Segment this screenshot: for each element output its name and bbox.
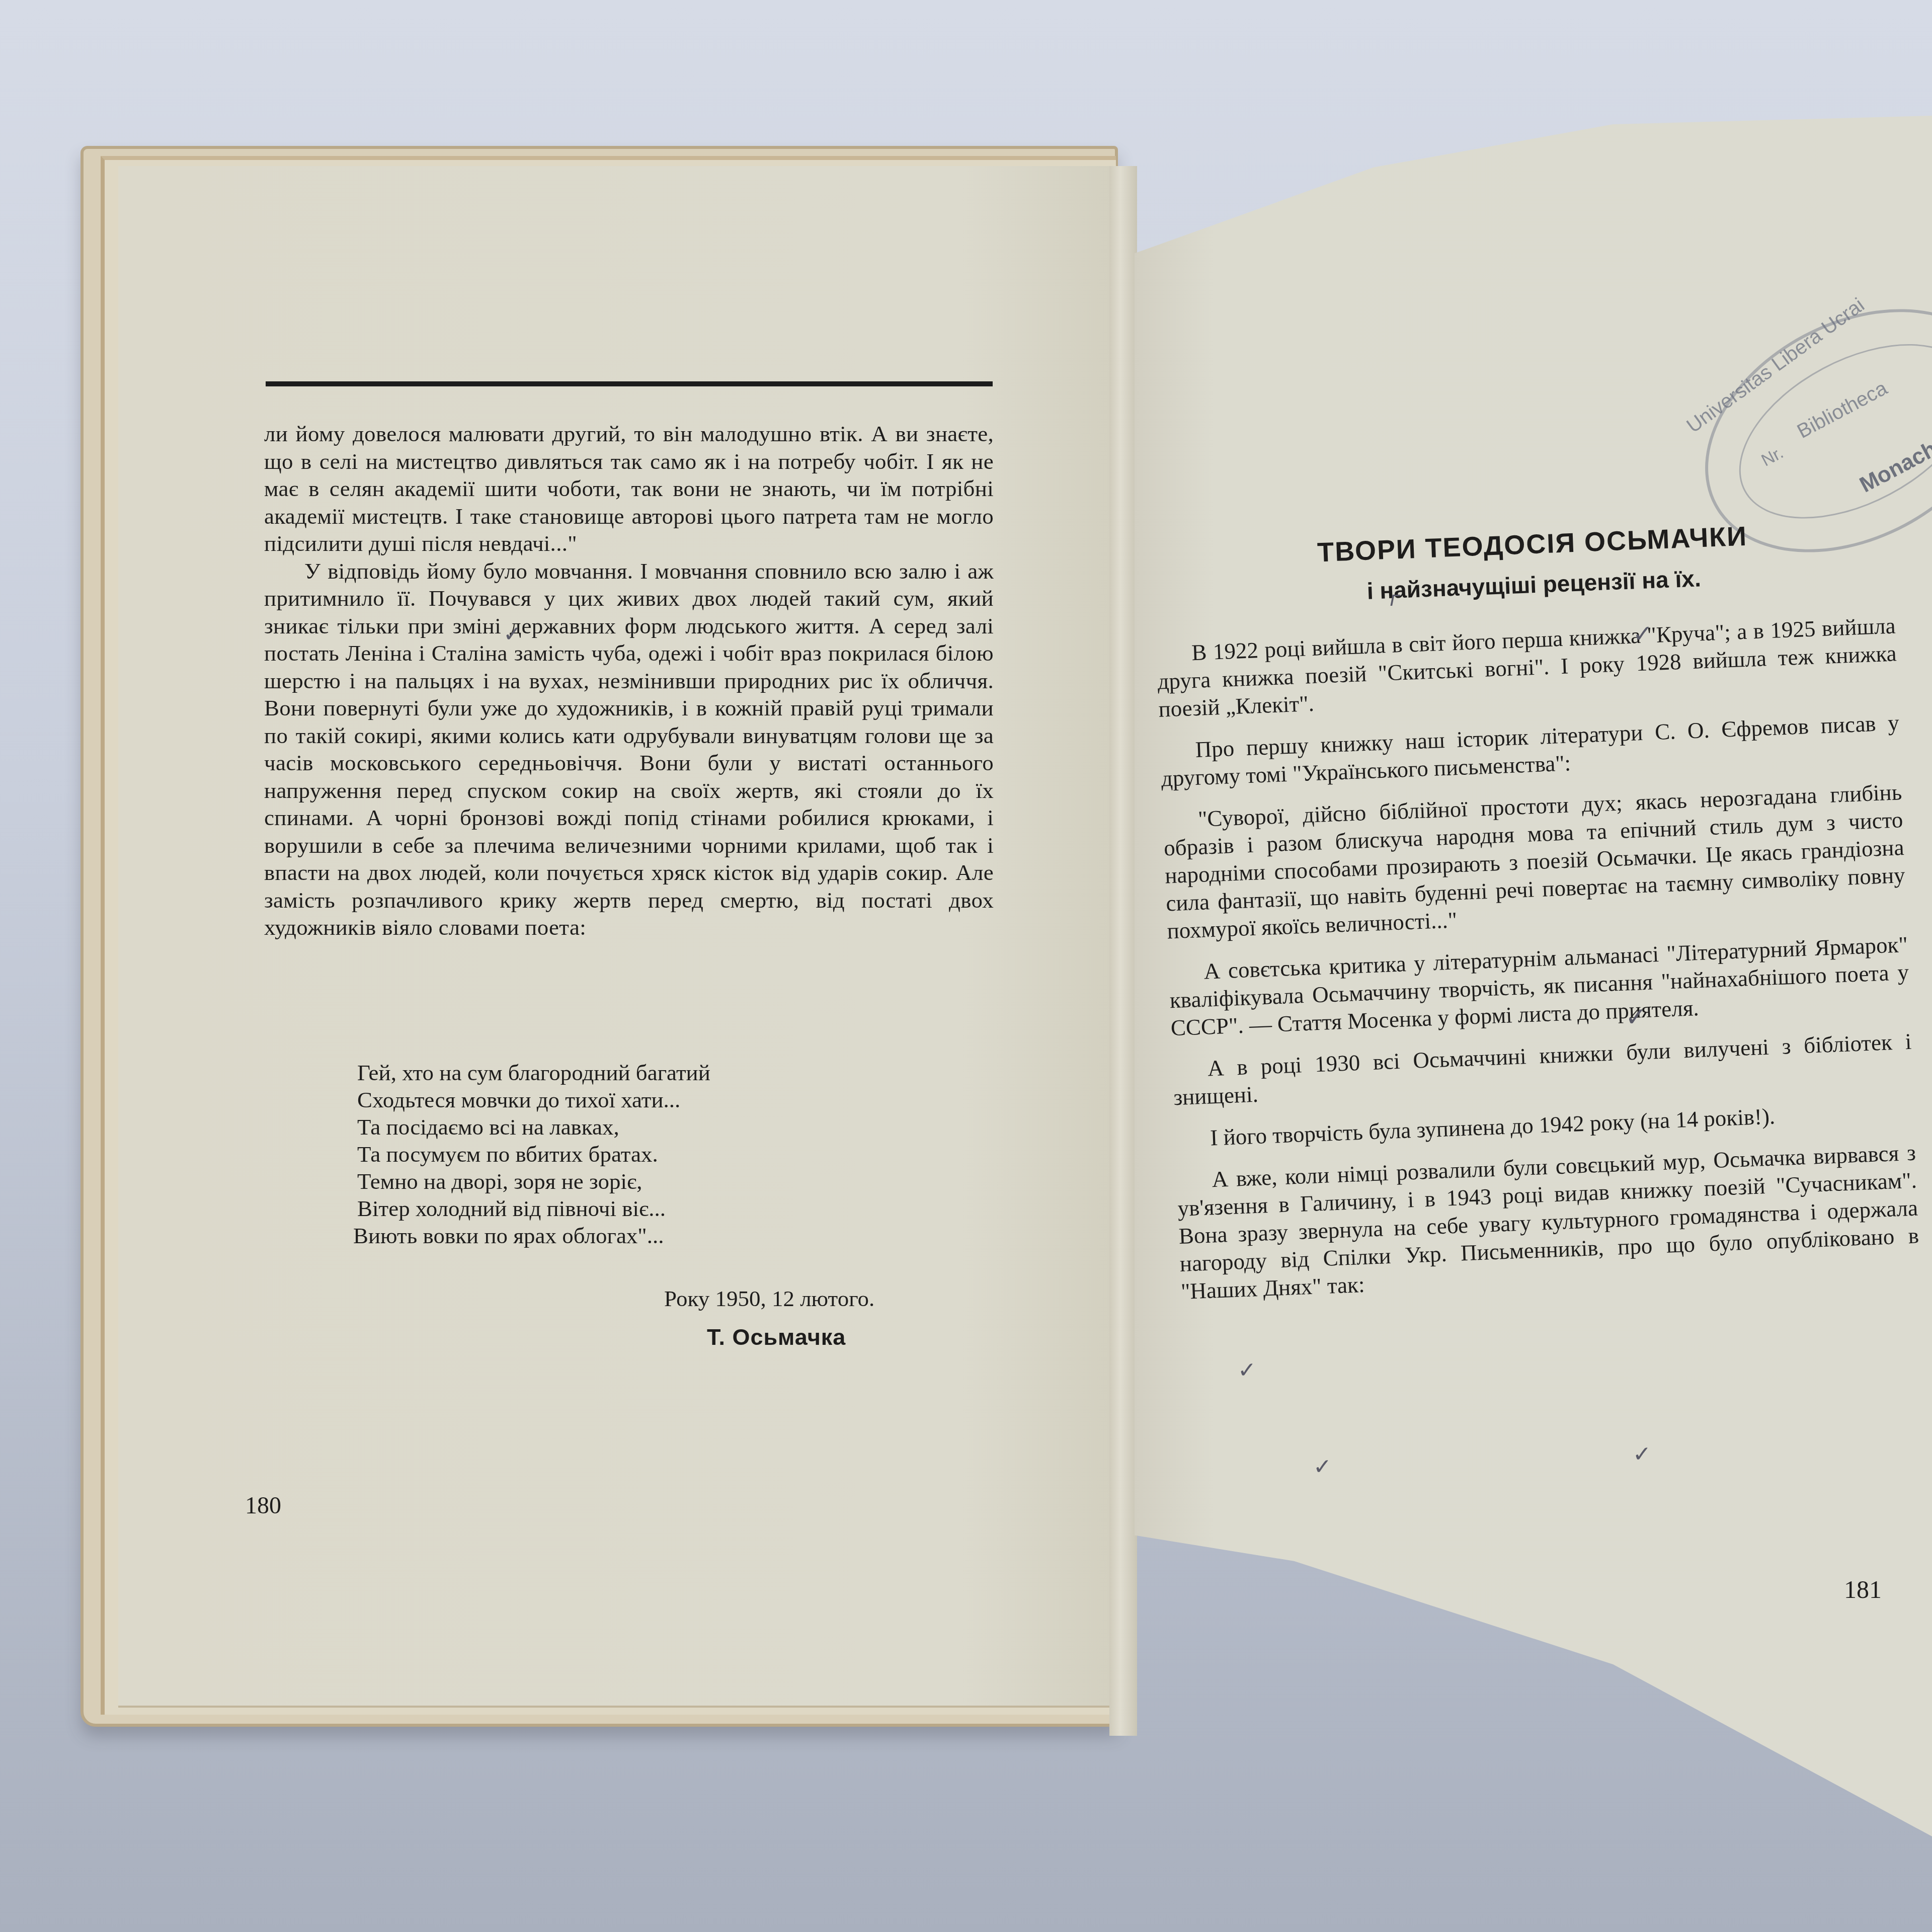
page-number-left: 180 — [245, 1492, 281, 1519]
left-page-body: ли йому довелося малювати другий, то він… — [264, 420, 994, 941]
poem-quote: Гей, хто на сум благородний багатий Сход… — [357, 1059, 710, 1249]
page-number-right: 181 — [1844, 1575, 1882, 1604]
right-page-body: ТВОРИ ТЕОДОСІЯ ОСЬМАЧКИ і найзначущіші р… — [1152, 515, 1921, 1320]
poem-line: Сходьтеся мовчки до тихої хати... — [357, 1086, 710, 1113]
paragraph: В 1922 році вийшла в світ його перша кни… — [1156, 612, 1898, 723]
book-gutter — [1109, 166, 1137, 1736]
open-book: ли йому довелося малювати другий, то він… — [0, 0, 1932, 1932]
pencil-checkmark-icon: ✓ — [1313, 1454, 1332, 1480]
dateline: Року 1950, 12 лютого. — [664, 1285, 874, 1312]
quote-paragraph: "Суворої, дійсно біблійної простоти дух;… — [1162, 778, 1906, 945]
pencil-checkmark-icon: ✓ — [1238, 1357, 1256, 1383]
paragraph: Про першу книжку наш історик літератури … — [1160, 709, 1901, 792]
poem-line: Темно на дворі, зоря не зоріє, — [357, 1168, 710, 1195]
poem-line: Вітер холодний від півночі віє... — [357, 1195, 710, 1222]
author-signature: Т. Осьмачка — [707, 1324, 846, 1350]
pencil-checkmark-icon: ✓ — [1625, 1002, 1647, 1032]
pencil-checkmark-icon: ✓ — [1633, 1441, 1651, 1467]
pencil-checkmark-icon: ✓ — [1633, 620, 1653, 648]
section-rule — [266, 381, 993, 386]
poem-line: Виють вовки по ярах облогах"... — [353, 1222, 710, 1249]
pencil-checkmark-icon: ✓ — [503, 621, 522, 647]
poem-line: Та посідаємо всі на лавках, — [357, 1113, 710, 1141]
poem-line: Та посумуєм по вбитих братах. — [357, 1141, 710, 1168]
paragraph: ли йому довелося малювати другий, то він… — [264, 420, 994, 557]
paragraph: А вже, коли німці розвалили були совєцьк… — [1176, 1139, 1920, 1306]
paragraph: У відповідь йому було мовчання. І мовчан… — [264, 557, 994, 941]
paragraph: А совєтська критика у літературнім альма… — [1168, 931, 1910, 1042]
pencil-correction-mark: г — [1390, 588, 1400, 611]
paragraph: А в році 1930 всі Осьмаччині книжки були… — [1172, 1028, 1913, 1111]
poem-line: Гей, хто на сум благородний багатий — [357, 1059, 710, 1086]
